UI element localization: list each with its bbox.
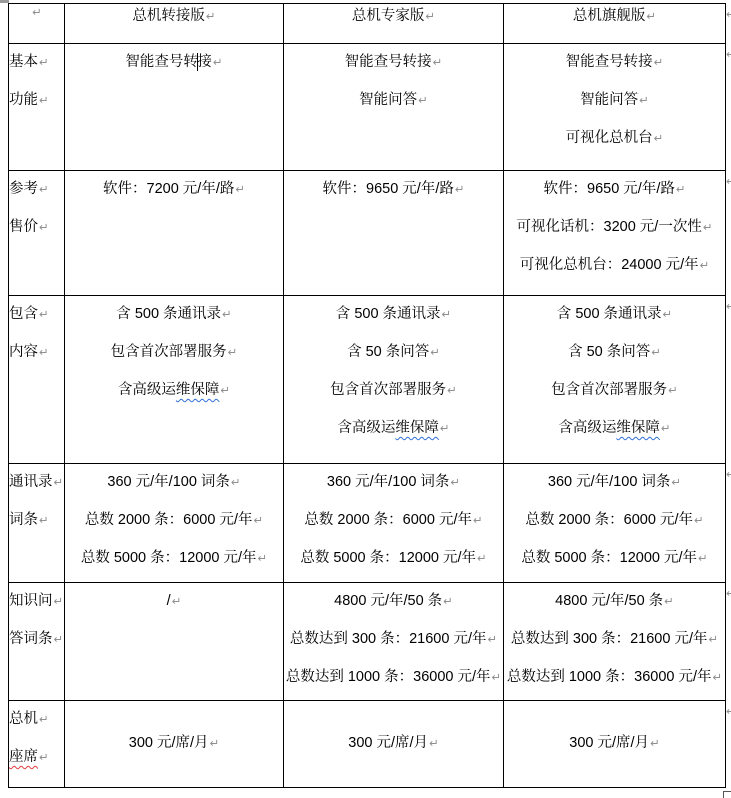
cell-line: 售价↵ (9, 209, 64, 247)
row-header-cell[interactable]: 总机↵座席↵ (9, 701, 65, 788)
table-cell[interactable]: 软件：9650 元/年/路↵可视化话机：3200 元/一次性↵可视化总机台：24… (504, 171, 726, 296)
pricing-table-body: ↵总机转接版↵总机专家版↵总机旗舰版↵基本↵功能↵智能查号转接↵智能查号转接↵智… (9, 4, 726, 788)
paragraph-mark-icon: ↵ (450, 477, 460, 489)
row-end-mark-icon: ↵ (726, 469, 731, 481)
line-text: 总数 2000 条：6000 元/年 (525, 512, 693, 528)
line-text: 包含首次部署服务 (551, 382, 667, 398)
paragraph-mark-icon: ↵ (39, 222, 49, 234)
paragraph-mark-icon: ↵ (206, 11, 216, 23)
corner-cell[interactable]: ↵ (9, 4, 65, 44)
cell-line: 软件：7200 元/年/路↵ (65, 171, 283, 209)
paragraph-mark-icon: ↵ (210, 738, 220, 750)
line-text: 360 元/年/100 词条 (327, 474, 450, 490)
paragraph-mark-icon: ↵ (442, 309, 452, 321)
paragraph-mark-icon: ↵ (231, 477, 241, 489)
line-text: 可视化总机台 (566, 130, 653, 146)
spellcheck-blue-wavy: 维保障 (616, 420, 660, 436)
table-cell[interactable]: 4800 元/年/50 条↵总数达到 300 条：21600 元/年↵总数达到 … (504, 583, 726, 701)
row-header-cell[interactable]: 参考↵售价↵ (9, 171, 65, 296)
table-row: 总机↵座席↵300 元/席/月↵300 元/席/月↵300 元/席/月↵ (9, 701, 726, 788)
paragraph-mark-icon: ↵ (676, 184, 686, 196)
paragraph-mark-icon: ↵ (39, 347, 49, 359)
paragraph-mark-icon: ↵ (447, 385, 457, 397)
row-header-cell[interactable]: 基本↵功能↵ (9, 44, 65, 171)
column-header-cell[interactable]: 总机旗舰版↵ (504, 4, 726, 44)
cell-line: 总数 5000 条：12000 元/年↵ (65, 540, 283, 578)
line-text: 总数达到 1000 条：36000 元/年 (507, 669, 712, 685)
cell-line: 含 500 条通讯录↵ (65, 296, 283, 334)
cell-line: 含 50 条问答↵ (284, 334, 503, 372)
paragraph-mark-icon: ↵ (650, 738, 660, 750)
cell-line: 总数达到 1000 条：36000 元/年↵ (284, 659, 503, 697)
line-text: 含 500 条通讯录 (336, 306, 441, 322)
paragraph-mark-icon: ↵ (654, 133, 664, 145)
paragraph-mark-icon: ↵ (654, 57, 664, 69)
line-text: 4800 元/年/50 条 (555, 593, 663, 609)
cell-line: 可视化总机台↵ (504, 120, 725, 158)
column-header-cell[interactable]: 总机专家版↵ (284, 4, 504, 44)
paragraph-mark-icon: ↵ (54, 634, 64, 646)
table-cell[interactable]: 含 500 条通讯录↵含 50 条问答↵包含首次部署服务↵含高级运维保障↵ (504, 296, 726, 464)
paragraph-mark-icon: ↵ (39, 309, 49, 321)
cell-line: 通讯录↵ (9, 464, 64, 502)
table-cell[interactable]: 软件：7200 元/年/路↵ (65, 171, 284, 296)
line-text: 总数 5000 条：12000 元/年 (81, 550, 257, 566)
line-text: 总数 2000 条：6000 元/年 (85, 512, 253, 528)
row-end-mark-icon: ↵ (726, 9, 731, 21)
row-header-cell[interactable]: 知识问↵答词条↵ (9, 583, 65, 701)
cell-line: 智能问答↵ (504, 82, 725, 120)
table-resize-handle[interactable] (723, 791, 731, 798)
cell-line: 智能问答↵ (284, 82, 503, 120)
cell-line: 包含↵ (9, 296, 64, 334)
paragraph-mark-icon: ↵ (488, 634, 498, 646)
line-text: 词条 (9, 512, 38, 528)
table-cell[interactable]: 360 元/年/100 词条↵总数 2000 条：6000 元/年↵总数 500… (284, 464, 504, 583)
line-text: 总数 5000 条：12000 元/年 (521, 550, 697, 566)
row-end-mark-icon: ↵ (726, 588, 731, 600)
cell-line: 功能↵ (9, 82, 64, 120)
line-text: 总数达到 300 条：21600 元/年 (511, 631, 708, 647)
cell-line: 含 50 条问答↵ (504, 334, 725, 372)
paragraph-mark-icon: ↵ (694, 515, 704, 527)
table-cell[interactable]: 360 元/年/100 词条↵总数 2000 条：6000 元/年↵总数 500… (65, 464, 284, 583)
paragraph-mark-icon: ↵ (700, 260, 710, 272)
line-text: / (167, 593, 171, 609)
cell-line: 4800 元/年/50 条↵ (504, 583, 725, 621)
table-cell[interactable]: 300 元/席/月↵ (504, 701, 726, 788)
spellcheck-blue-wavy: 维保障 (395, 420, 439, 436)
paragraph-mark-icon: ↵ (661, 423, 671, 435)
table-cell[interactable]: 300 元/席/月↵ (284, 701, 504, 788)
paragraph-mark-icon: ↵ (663, 309, 673, 321)
cell-line: 含高级运维保障↵ (504, 410, 725, 448)
line-text: 智能查号转接 (566, 54, 653, 70)
cell-line: 总数 2000 条：6000 元/年↵ (504, 502, 725, 540)
line-text: 360 元/年/100 词条 (107, 474, 230, 490)
paragraph-mark-icon: ↵ (671, 477, 681, 489)
line-text: 可视化总机台：24000 元/年 (520, 257, 699, 273)
line-text: 包含 (9, 306, 38, 322)
line-text: 总数 2000 条：6000 元/年 (304, 512, 472, 528)
paragraph-mark-icon: ↵ (39, 752, 49, 764)
cell-line: 包含首次部署服务↵ (65, 334, 283, 372)
paragraph-mark-icon: ↵ (477, 553, 487, 565)
cell-line: 含高级运维保障↵ (65, 372, 283, 410)
line-text: 知识问 (9, 593, 53, 609)
cell-line: 总数 5000 条：12000 元/年↵ (284, 540, 503, 578)
line-text: 300 元/席/月 (348, 735, 428, 751)
table-cell[interactable]: /↵ (65, 583, 284, 701)
paragraph-mark-icon: ↵ (473, 515, 483, 527)
line-text: 软件：7200 元/年/路 (103, 181, 234, 197)
paragraph-mark-icon: ↵ (222, 309, 232, 321)
paragraph-mark-icon: ↵ (713, 672, 723, 684)
table-cell[interactable]: 智能查号转接↵智能问答↵可视化总机台↵ (504, 44, 726, 171)
table-cell[interactable]: 智能查号转接↵ (65, 44, 284, 171)
cell-line: 答词条↵ (9, 621, 64, 659)
cell-line: 含 500 条通讯录↵ (504, 296, 725, 334)
paragraph-mark-icon: ↵ (39, 515, 49, 527)
cell-line: 内容↵ (9, 334, 64, 372)
line-text: 300 元/席/月 (129, 735, 209, 751)
line-text: 包含首次部署服务 (111, 344, 227, 360)
row-end-mark-icon: ↵ (726, 706, 731, 718)
table-cell[interactable]: 含 500 条通讯录↵含 50 条问答↵包含首次部署服务↵含高级运维保障↵ (284, 296, 504, 464)
paragraph-mark-icon: ↵ (646, 11, 656, 23)
paragraph-mark-icon: ↵ (39, 57, 49, 69)
paragraph-mark-icon: ↵ (172, 596, 182, 608)
text-cursor (197, 53, 199, 71)
line-text: 内容 (9, 344, 38, 360)
table-cell[interactable]: 4800 元/年/50 条↵总数达到 300 条：21600 元/年↵总数达到 … (284, 583, 504, 701)
paragraph-mark-icon: ↵ (254, 515, 264, 527)
cell-line: 包含首次部署服务↵ (284, 372, 503, 410)
cell-line: 总数 5000 条：12000 元/年↵ (504, 540, 725, 578)
paragraph-mark-icon: ↵ (39, 184, 49, 196)
paragraph-mark-icon: ↵ (455, 184, 465, 196)
cell-line: 参考↵ (9, 171, 64, 209)
cell-line: 软件：9650 元/年/路↵ (284, 171, 503, 209)
paragraph-mark-icon: ↵ (668, 385, 678, 397)
paragraph-mark-icon: ↵ (54, 596, 64, 608)
cell-line: 基本↵ (9, 44, 64, 82)
cell-line: 总数达到 300 条：21600 元/年↵ (284, 621, 503, 659)
line-text: 总机 (9, 711, 38, 727)
cell-line: 词条↵ (9, 502, 64, 540)
cell-line: 360 元/年/100 词条↵ (284, 464, 503, 502)
line-text: 智能问答 (580, 92, 638, 108)
row-end-mark-icon: ↵ (726, 301, 731, 313)
column-header-label: 总机专家版 (352, 8, 425, 24)
line-text: 含 50 条问答 (568, 344, 650, 360)
table-cell[interactable]: 360 元/年/100 词条↵总数 2000 条：6000 元/年↵总数 500… (504, 464, 726, 583)
paragraph-mark-icon: ↵ (698, 553, 708, 565)
table-cell[interactable]: 300 元/席/月↵ (65, 701, 284, 788)
cell-line: 可视化总机台：24000 元/年↵ (504, 247, 725, 285)
line-text: 包含首次部署服务 (330, 382, 446, 398)
line-text: 智能问答 (359, 92, 417, 108)
row-header-cell[interactable]: 包含↵内容↵ (9, 296, 65, 464)
cell-line: 360 元/年/100 词条↵ (65, 464, 283, 502)
paragraph-mark-icon: ↵ (429, 738, 439, 750)
table-cell[interactable]: 智能查号转接↵智能问答↵ (284, 44, 504, 171)
line-text: 4800 元/年/50 条 (334, 593, 442, 609)
line-text: 300 元/席/月 (569, 735, 649, 751)
cell-line: 300 元/席/月↵ (284, 725, 503, 763)
table-row: 基本↵功能↵智能查号转接↵智能查号转接↵智能问答↵智能查号转接↵智能问答↵可视化… (9, 44, 726, 171)
spellcheck-red-wavy: 座席 (9, 749, 38, 765)
document-page: ↵总机转接版↵总机专家版↵总机旗舰版↵基本↵功能↵智能查号转接↵智能查号转接↵智… (0, 0, 731, 798)
cell-line: 智能查号转接↵ (504, 44, 725, 82)
table-cell[interactable]: 软件：9650 元/年/路↵ (284, 171, 504, 296)
paragraph-mark-icon: ↵ (709, 634, 719, 646)
cell-line: 智能查号转接↵ (65, 44, 283, 82)
paragraph-mark-icon: ↵ (425, 11, 435, 23)
line-text: 功能 (9, 92, 38, 108)
paragraph-mark-icon: ↵ (418, 95, 428, 107)
table-row: 包含↵内容↵含 500 条通讯录↵包含首次部署服务↵含高级运维保障↵含 500 … (9, 296, 726, 464)
column-header-cell[interactable]: 总机转接版↵ (65, 4, 284, 44)
line-text: 总数达到 1000 条：36000 元/年 (286, 669, 491, 685)
cell-line: 总数达到 1000 条：36000 元/年↵ (504, 659, 725, 697)
row-header-cell[interactable]: 通讯录↵词条↵ (9, 464, 65, 583)
paragraph-mark-icon: ↵ (430, 347, 440, 359)
paragraph-mark-icon: ↵ (228, 347, 238, 359)
table-row: 知识问↵答词条↵/↵4800 元/年/50 条↵总数达到 300 条：21600… (9, 583, 726, 701)
line-text: 总数 5000 条：12000 元/年 (300, 550, 476, 566)
line-text: 智能查号转接 (345, 54, 432, 70)
cell-line: 智能查号转接↵ (284, 44, 503, 82)
pricing-comparison-table: ↵总机转接版↵总机专家版↵总机旗舰版↵基本↵功能↵智能查号转接↵智能查号转接↵智… (8, 3, 726, 788)
cell-line: 4800 元/年/50 条↵ (284, 583, 503, 621)
cell-line: 总数达到 300 条：21600 元/年↵ (504, 621, 725, 659)
paragraph-mark-icon: ↵ (492, 672, 502, 684)
cell-line: 300 元/席/月↵ (504, 725, 725, 763)
paragraph-mark-icon: ↵ (639, 95, 649, 107)
line-text: 售价 (9, 219, 38, 235)
spellcheck-blue-wavy: 维保障 (176, 382, 220, 398)
cell-line: 含高级运维保障↵ (284, 410, 503, 448)
header-row: ↵总机转接版↵总机专家版↵总机旗舰版↵ (9, 4, 726, 44)
paragraph-mark-icon: ↵ (664, 596, 674, 608)
line-text: 360 元/年/100 词条 (548, 474, 671, 490)
paragraph-mark-icon: ↵ (32, 7, 42, 19)
line-text: 通讯录 (9, 474, 53, 490)
paragraph-mark-icon: ↵ (443, 596, 453, 608)
row-end-mark-icon: ↵ (726, 176, 731, 188)
line-text: 总数达到 300 条：21600 元/年 (290, 631, 487, 647)
line-text: 软件：9650 元/年/路 (544, 181, 675, 197)
line-text: 含 50 条问答 (347, 344, 429, 360)
paragraph-mark-icon: ↵ (651, 347, 661, 359)
line-text: 答词条 (9, 631, 53, 647)
paragraph-mark-icon: ↵ (220, 385, 230, 397)
paragraph-mark-icon: ↵ (433, 57, 443, 69)
cell-line: 300 元/席/月↵ (65, 725, 283, 763)
cell-line: 总数 2000 条：6000 元/年↵ (65, 502, 283, 540)
cell-line: 含 500 条通讯录↵ (284, 296, 503, 334)
column-header-label: 总机旗舰版 (573, 8, 646, 24)
line-text: 含 500 条通讯录 (116, 306, 221, 322)
cell-line: 总数 2000 条：6000 元/年↵ (284, 502, 503, 540)
table-row: 通讯录↵词条↵360 元/年/100 词条↵总数 2000 条：6000 元/年… (9, 464, 726, 583)
cell-line: 总机↵ (9, 701, 64, 739)
paragraph-mark-icon: ↵ (213, 57, 223, 69)
paragraph-mark-icon: ↵ (258, 553, 268, 565)
cell-line: 360 元/年/100 词条↵ (504, 464, 725, 502)
line-text: 可视化话机：3200 元/一次性 (517, 219, 702, 235)
line-text: 参考 (9, 181, 38, 197)
paragraph-mark-icon: ↵ (39, 95, 49, 107)
cell-line: 包含首次部署服务↵ (504, 372, 725, 410)
cell-line: 软件：9650 元/年/路↵ (504, 171, 725, 209)
column-header-label: 总机转接版 (132, 8, 205, 24)
paragraph-mark-icon: ↵ (440, 423, 450, 435)
paragraph-mark-icon: ↵ (54, 477, 64, 489)
cell-line: /↵ (65, 583, 283, 621)
line-text: 基本 (9, 54, 38, 70)
table-row: 参考↵售价↵软件：7200 元/年/路↵软件：9650 元/年/路↵软件：965… (9, 171, 726, 296)
paragraph-mark-icon: ↵ (703, 222, 713, 234)
paragraph-mark-icon: ↵ (235, 184, 245, 196)
cell-line: 可视化话机：3200 元/一次性↵ (504, 209, 725, 247)
cell-line: 知识问↵ (9, 583, 64, 621)
cell-line: 座席↵ (9, 739, 64, 777)
line-text: 含 500 条通讯录 (557, 306, 662, 322)
line-text: 软件：9650 元/年/路 (323, 181, 454, 197)
paragraph-mark-icon: ↵ (39, 714, 49, 726)
table-cell[interactable]: 含 500 条通讯录↵包含首次部署服务↵含高级运维保障↵ (65, 296, 284, 464)
row-end-mark-icon: ↵ (726, 49, 731, 61)
